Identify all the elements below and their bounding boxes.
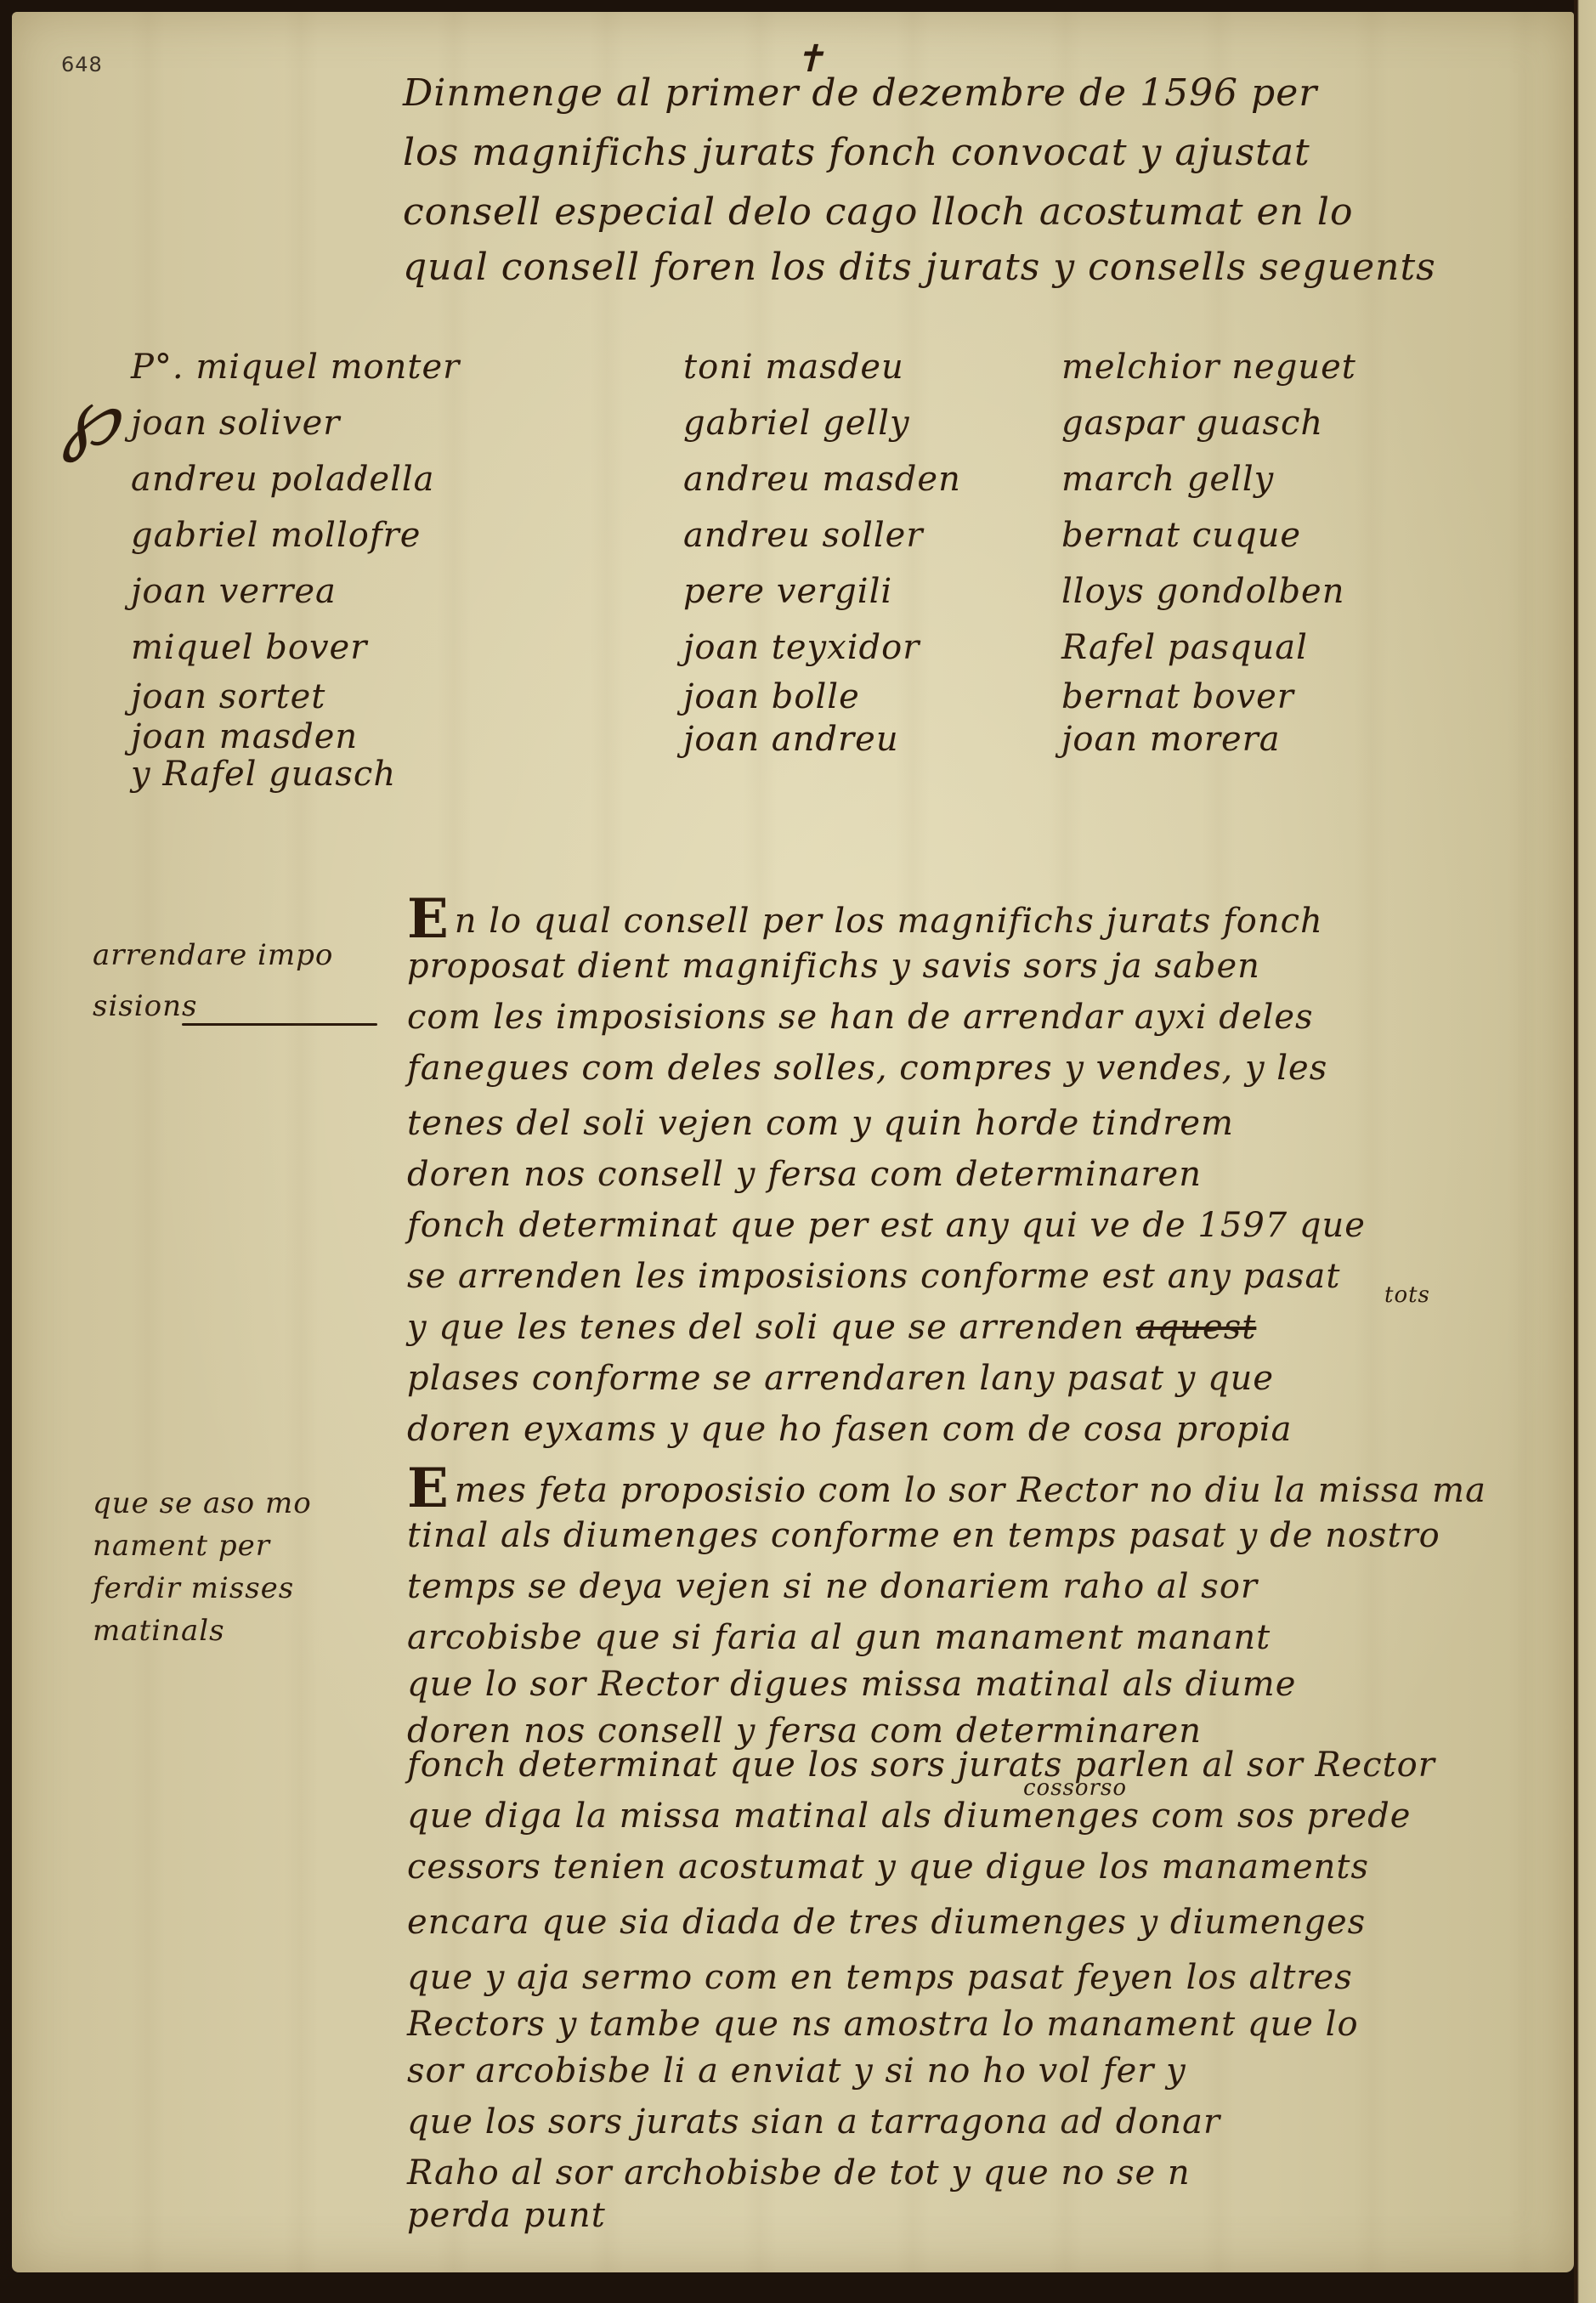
body-line: Rectors y tambe que ns amostra lo maname… — [407, 2005, 1359, 2044]
body-line: y que les tenes del soli que se arrenden… — [407, 1308, 1256, 1347]
attendee-name: andreu soller — [683, 507, 961, 563]
heading-line: qual consell foren los dits jurats y con… — [403, 246, 1436, 289]
manuscript-page: 648 ✝ Dinmenge al primer de dezembre de … — [12, 12, 1574, 2272]
attendee-name: bernat bover — [1061, 676, 1356, 718]
body-line: fonch determinat que los sors jurats par… — [407, 1746, 1435, 1785]
attendee-name: joan bolle — [683, 676, 961, 718]
attendee-name: gaspar guasch — [1061, 395, 1356, 451]
drop-cap: E — [407, 1457, 450, 1520]
body-line: se arrenden les imposisions conforme est… — [407, 1257, 1340, 1296]
attendee-name: Rafel pasqual — [1061, 620, 1356, 676]
margin-flourish — [182, 1023, 377, 1026]
attendee-name: pere vergili — [683, 563, 961, 620]
body-line: proposat dient magnifichs y savis sors j… — [407, 947, 1260, 986]
attendees-column-1: P°. miquel monter joan soliver andreu po… — [131, 339, 460, 793]
heading-line: consell especial delo cago lloch acostum… — [403, 190, 1353, 234]
margin-note: sisions — [93, 989, 197, 1023]
folio-number: 648 — [61, 53, 103, 76]
body-line-text: y que les tenes del soli que se arrenden — [407, 1308, 1124, 1347]
body-line: En lo qual consell per los magnifichs ju… — [407, 887, 1323, 951]
body-line-text: mes feta proposisio com lo sor Rector no… — [455, 1471, 1486, 1510]
body-line: perda punt — [407, 2196, 606, 2235]
attendee-name: P°. miquel monter — [131, 339, 460, 395]
body-line: doren eyxams y que ho fasen com de cosa … — [407, 1410, 1293, 1449]
drop-cap: E — [407, 887, 450, 951]
body-line: Emes feta proposisio com lo sor Rector n… — [407, 1457, 1486, 1520]
attendee-name: joan masden — [131, 718, 460, 755]
body-line: doren nos consell y fersa com determinar… — [407, 1155, 1202, 1194]
body-line: fanegues com deles solles, compres y ven… — [407, 1049, 1327, 1088]
attendee-name: toni masdeu — [683, 339, 961, 395]
attendee-name: miquel bover — [131, 620, 460, 676]
attendee-name: joan andreu — [683, 718, 961, 761]
body-line: tinal als diumenges conforme en temps pa… — [407, 1516, 1440, 1555]
adjacent-page-edge — [1574, 0, 1596, 2303]
body-line: sor arcobisbe li a enviat y si no ho vol… — [407, 2051, 1186, 2091]
body-line: com les imposisions se han de arrendar a… — [407, 998, 1314, 1037]
margin-note: matinals — [93, 1614, 225, 1648]
struck-word: aquest — [1136, 1308, 1257, 1347]
attendee-name: y Rafel guasch — [131, 755, 460, 793]
attendee-name: joan verrea — [131, 563, 460, 620]
paragraph-marker-icon: ℘ — [61, 369, 119, 464]
margin-note: nament per — [93, 1529, 270, 1563]
attendee-name: melchior neguet — [1061, 339, 1356, 395]
margin-note: que se aso mo — [93, 1486, 312, 1520]
body-line: arcobisbe que si faria al gun manament m… — [407, 1618, 1271, 1657]
attendee-name: joan teyxidor — [683, 620, 961, 676]
body-line: que y aja sermo com en temps pasat feyen… — [407, 1958, 1353, 1997]
body-line: que diga la missa matinal als diumenges … — [407, 1797, 1411, 1836]
attendee-name: joan morera — [1061, 718, 1356, 761]
attendee-name: gabriel gelly — [683, 395, 961, 451]
body-line: cessors tenien acostumat y que digue los… — [407, 1847, 1369, 1887]
margin-note: arrendare impo — [93, 938, 333, 972]
body-line: encara que sia diada de tres diumenges y… — [407, 1903, 1366, 1942]
body-line: Raho al sor archobisbe de tot y que no s… — [407, 2153, 1191, 2193]
insertion-text: tots — [1384, 1282, 1430, 1308]
attendee-name: andreu masden — [683, 451, 961, 507]
attendees-column-2: toni masdeu gabriel gelly andreu masden … — [683, 339, 961, 761]
attendee-name: joan soliver — [131, 395, 460, 451]
attendees-column-3: melchior neguet gaspar guasch march gell… — [1061, 339, 1356, 761]
heading-line: los magnifichs jurats fonch convocat y a… — [403, 131, 1310, 174]
attendee-name: joan sortet — [131, 676, 460, 718]
body-line: fonch determinat que per est any qui ve … — [407, 1206, 1366, 1245]
attendee-name: lloys gondolben — [1061, 563, 1356, 620]
margin-note: ferdir misses — [93, 1571, 294, 1605]
body-line: tenes del soli vejen com y quin horde ti… — [407, 1104, 1234, 1143]
body-line: que los sors jurats sian a tarragona ad … — [407, 2102, 1220, 2142]
body-line-text: n lo qual consell per los magnifichs jur… — [455, 902, 1323, 941]
attendee-name: andreu poladella — [131, 451, 460, 507]
body-line: plases conforme se arrendaren lany pasat… — [407, 1359, 1274, 1398]
body-line: temps se deya vejen si ne donariem raho … — [407, 1567, 1258, 1606]
heading-line: Dinmenge al primer de dezembre de 1596 p… — [403, 71, 1317, 115]
attendee-name: march gelly — [1061, 451, 1356, 507]
attendee-name: gabriel mollofre — [131, 507, 460, 563]
attendee-name: bernat cuque — [1061, 507, 1356, 563]
body-line: que lo sor Rector digues missa matinal a… — [407, 1665, 1296, 1704]
